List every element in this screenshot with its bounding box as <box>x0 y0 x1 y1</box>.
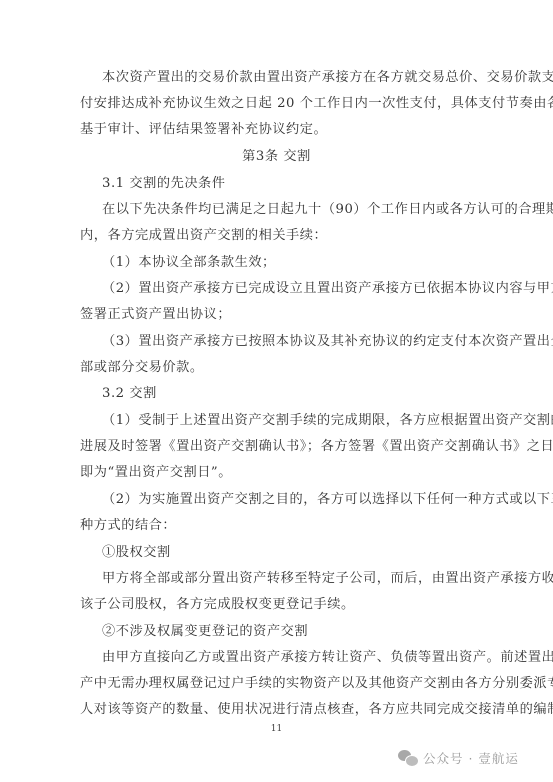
delivery-item-2-line-2: 种方式的结合： <box>80 518 475 534</box>
paragraph-equity-line-2: 该子公司股权，各方完成股权变更登记手续。 <box>80 597 475 613</box>
paragraph-conditions-line-2: 内，各方完成置出资产交割的相关手续： <box>80 228 475 244</box>
condition-item-3-line-2: 部或部分交易价款。 <box>80 360 475 376</box>
page-number: 11 <box>0 724 553 734</box>
delivery-item-1-line-1: （1）受制于上述置出资产交割手续的完成期限，各方应根据置出资产交割的 <box>102 413 497 429</box>
condition-item-2-line-2: 签署正式资产置出协议； <box>80 307 475 323</box>
paragraph-payment-line-1: 本次资产置出的交易价款由置出资产承接方在各方就交易总价、交易价款支 <box>102 70 497 86</box>
section-heading-3-2: 3.2 交割 <box>102 386 497 402</box>
paragraph-asset-line-1: 由甲方直接向乙方或置出资产承接方转让资产、负债等置出资产。前述置出资 <box>102 650 497 666</box>
paragraph-equity-line-1: 甲方将全部或部分置出资产转移至特定子公司，而后，由置出资产承接方收购 <box>102 571 497 587</box>
paragraph-conditions-line-1: 在以下先决条件均已满足之日起九十（90）个工作日内或各方认可的合理期限 <box>102 202 497 218</box>
watermark-text: 公众号 · 壹航运 <box>423 749 519 767</box>
paragraph-asset-line-3: 人对该等资产的数量、使用状况进行清点核查，各方应共同完成交接清单的编制工 <box>80 702 475 718</box>
document-page: 本次资产置出的交易价款由置出资产承接方在各方就交易总价、交易价款支 付安排达成补… <box>0 0 553 782</box>
method-heading-equity: ①股权交割 <box>102 545 497 561</box>
condition-item-2-line-1: （2）置出资产承接方已完成设立且置出资产承接方已依据本协议内容与甲方 <box>102 281 497 297</box>
delivery-item-1-line-2: 进展及时签署《置出资产交割确认书》；各方签署《置出资产交割确认书》之日， <box>80 439 475 455</box>
paragraph-payment-line-2: 付安排达成补充协议生效之日起 20 个工作日内一次性支付，具体支付节奏由各方 <box>80 96 475 112</box>
condition-item-1: （1）本协议全部条款生效； <box>102 255 497 271</box>
condition-item-3-line-1: （3）置出资产承接方已按照本协议及其补充协议的约定支付本次资产置出全 <box>102 334 497 350</box>
delivery-item-1-line-3: 即为“置出资产交割日”。 <box>80 465 475 481</box>
watermark: 公众号 · 壹航运 <box>398 749 519 767</box>
wechat-icon <box>398 750 418 766</box>
section-heading-3-1: 3.1 交割的先决条件 <box>102 176 497 192</box>
paragraph-asset-line-2: 产中无需办理权属登记过户手续的实物资产以及其他资产交割由各方分别委派专 <box>80 676 475 692</box>
delivery-item-2-line-1: （2）为实施置出资产交割之目的，各方可以选择以下任何一种方式或以下三 <box>102 492 497 508</box>
article-heading: 第3条 交割 <box>0 149 553 165</box>
method-heading-asset: ②不涉及权属变更登记的资产交割 <box>102 624 497 640</box>
paragraph-payment-line-3: 基于审计、评估结果签署补充协议约定。 <box>80 122 475 138</box>
